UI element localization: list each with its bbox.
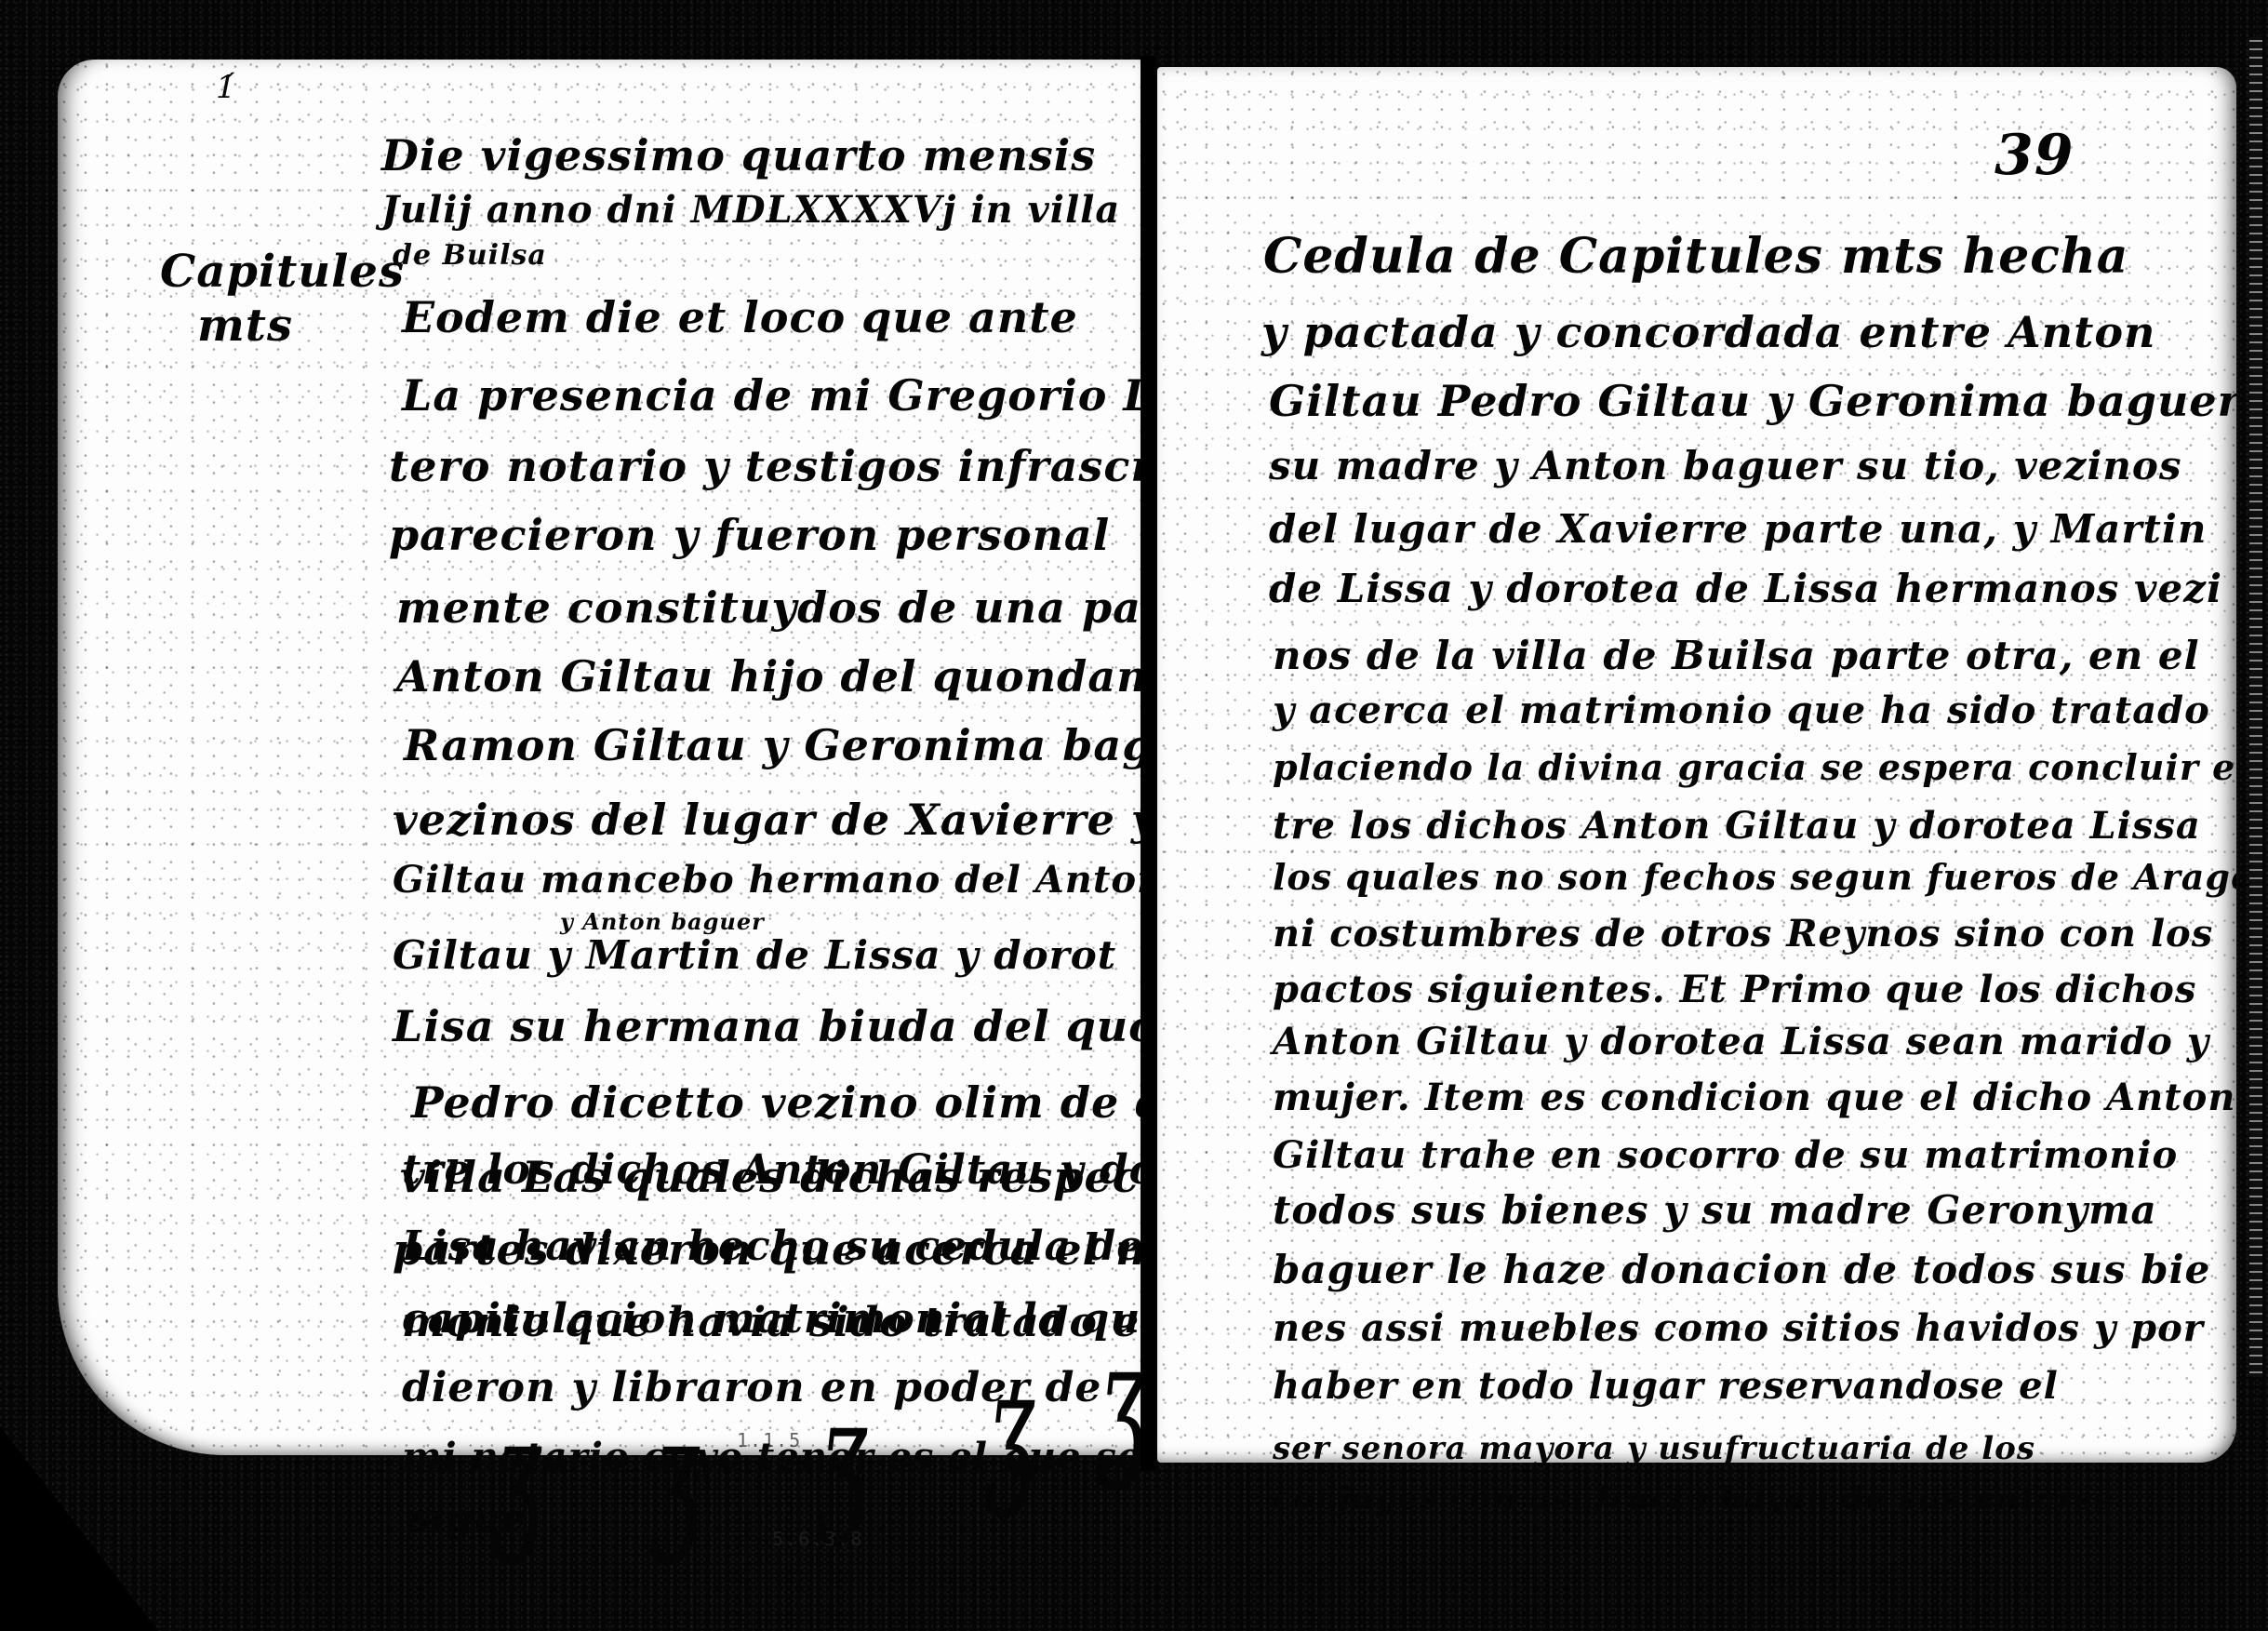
- left-line-15: Pedro dicetto vezino olim de dicha: [411, 1081, 1144, 1124]
- page-corner-shadow: [0, 1426, 158, 1631]
- right-line-6: de Lissa y dorotea de Lissa hermanos vez…: [1269, 569, 2222, 608]
- left-line-7: parecieron y fueron personal: [389, 514, 1110, 556]
- closing-flourish-2: ʒ: [651, 1396, 700, 1554]
- left-line-14: Lisa su hermana biuda del quondam: [393, 1005, 1144, 1048]
- right-line-18: baguer le haze donacion de todos sus bie: [1273, 1250, 2210, 1290]
- margin-note-line-1: Capitules: [160, 246, 405, 300]
- right-line-13: pactos siguientes. Et Primo que los dich…: [1273, 971, 2196, 1009]
- left-line-12: Giltau mancebo hermano del Anton: [393, 862, 1144, 899]
- right-line-15: mujer. Item es condicion que el dicho An…: [1273, 1079, 2235, 1116]
- right-page: 39 Cedula de Capitules mts hecha y pacta…: [1157, 67, 2236, 1463]
- right-line-12: ni costumbres de otros Reynos sino con l…: [1273, 916, 2213, 953]
- right-line-11: los quales no son fechos segun fueros de…: [1273, 860, 2236, 895]
- interlinear-insertion: y Anton baguer: [560, 908, 765, 935]
- right-line-5: del lugar de Xavierre parte una, y Marti…: [1269, 510, 2207, 549]
- left-line-11: vezinos del lugar de Xavierre y D.: [393, 798, 1144, 841]
- right-line-1: Cedula de Capitules mts hecha: [1263, 233, 2128, 281]
- left-line-5: La presencia de mi Gregorio Lucu: [402, 374, 1144, 417]
- right-line-17: todos sus bienes y su madre Geronyma: [1273, 1191, 2157, 1230]
- right-page-edges: [2249, 37, 2262, 1377]
- left-line-10: Ramon Giltau y Geronima baguer: [404, 724, 1144, 767]
- right-line-3: Giltau Pedro Giltau y Geronima baguer: [1269, 380, 2236, 422]
- margin-note-line-2: mts: [197, 300, 293, 354]
- right-line-21: ser senora mayora y usufructuaria de los: [1273, 1433, 2035, 1464]
- left-line-13: Giltau y Martin de Lissa y dorot: [393, 936, 1116, 975]
- right-line-4: su madre y Anton baguer su tio, vezinos: [1269, 447, 2182, 486]
- left-line-9: Anton Giltau hijo del quondam: [396, 655, 1144, 698]
- archive-stamp-lower: 5.6.3.8: [772, 1526, 863, 1552]
- left-line-8: mente constituydos de una parte: [396, 586, 1144, 629]
- right-line-2: y pactada y concordada entre Anton: [1261, 311, 2156, 354]
- closing-flourish-3: ʒ: [819, 1377, 868, 1535]
- folio-number: 39: [1995, 123, 2075, 188]
- corner-mark: 1́: [216, 69, 237, 106]
- left-line-6: tero notario y testigos infrascritos: [389, 445, 1144, 488]
- right-line-19: nes assi muebles como sitios havidos y p…: [1273, 1310, 2204, 1347]
- closing-flourish-4: ʒ: [986, 1349, 1035, 1507]
- right-line-9: placiendo la divina gracia se espera con…: [1273, 750, 2236, 785]
- right-line-16: Giltau trahe en socorro de su matrimonio: [1273, 1137, 2178, 1174]
- left-line-2: Julij anno dni MDLXXXXVj in villa: [381, 192, 1120, 229]
- right-line-20: haber en todo lugar reservandose el: [1273, 1368, 2059, 1405]
- right-line-22: conjuges con usufructo hayan de sustenta…: [1273, 1483, 2115, 1515]
- right-line-14: Anton Giltau y dorotea Lissa sean marido…: [1273, 1023, 2209, 1061]
- left-line-21: capitulacion matrimonial la que: [402, 1299, 1167, 1340]
- left-line-3: de Builsa: [393, 242, 547, 270]
- left-line-4: Eodem die et loco que ante: [402, 296, 1078, 339]
- closing-flourish-1: ʒ: [493, 1396, 542, 1554]
- book-gutter: [1141, 56, 1155, 1470]
- left-line-1: Die vigessimo quarto mensis: [381, 134, 1096, 177]
- right-line-8: y acerca el matrimonio que ha sido trata…: [1273, 692, 2210, 729]
- right-line-7: nos de la villa de Builsa parte otra, en…: [1273, 636, 2200, 675]
- right-line-10: tre los dichos Anton Giltau y dorotea Li…: [1273, 808, 2201, 845]
- left-line-20: Lisa havian hecho su cedula de: [402, 1226, 1143, 1267]
